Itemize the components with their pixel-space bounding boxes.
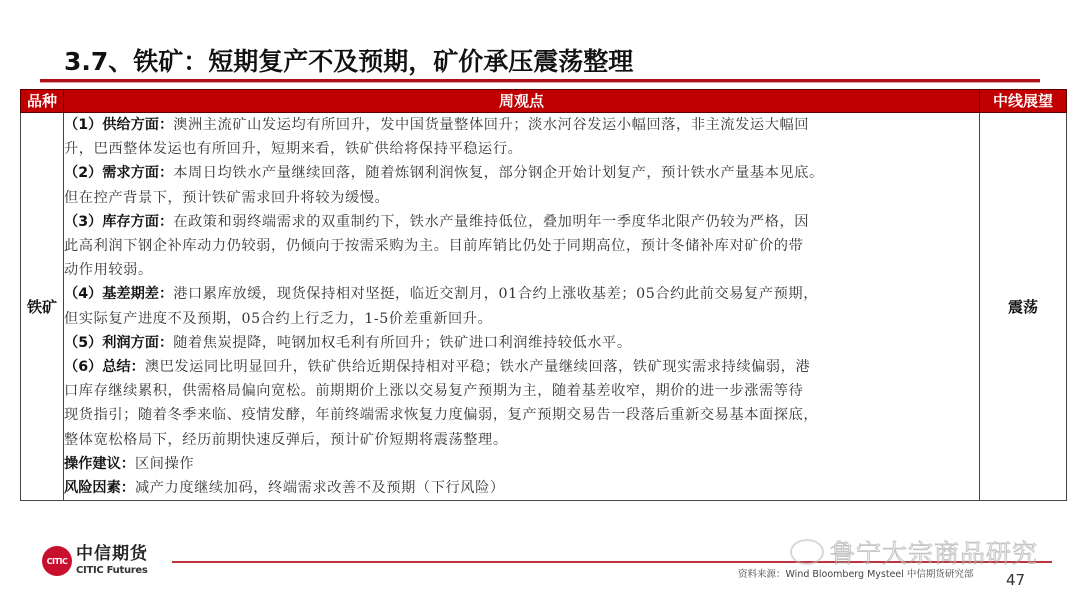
line-label: （3）库存方面：	[64, 214, 173, 230]
line-text: 澳洲主流矿山发运均有所回升，发中国货量整体回升；淡水河谷发运小幅回落，非主流发运…	[173, 117, 809, 133]
view-line-risk-factors: 风险因素：减产力度继续加码，终端需求改善不及预期（下行风险）	[64, 476, 979, 500]
view-line: 升，巴西整体发运也有所回升，短期来看，铁矿供给将保持平稳运行。	[64, 137, 979, 161]
line-text: 在政策和弱终端需求的双重制约下，铁水产量维持低位，叠加明年一季度华北限产仍较为严…	[173, 214, 809, 230]
view-line: 现货指引；随着冬季来临、疫情发酵，年前终端需求恢复力度偏弱，复产预期交易告一段落…	[64, 403, 979, 427]
line-text: 整体宽松格局下，经历前期快速反弹后，预计矿价短期将震荡整理。	[64, 432, 508, 448]
outlook-cell: 震荡	[980, 113, 1067, 501]
table-row: 铁矿 （1）供给方面：澳洲主流矿山发运均有所回升，发中国货量整体回升；淡水河谷发…	[21, 113, 1067, 501]
line-label: （5）利润方面：	[64, 335, 173, 351]
line-label: （2）需求方面：	[64, 165, 173, 181]
line-text: 澳巴发运同比明显回升，铁矿供给近期保持相对平稳；铁水产量继续回落，铁矿现实需求持…	[145, 359, 810, 375]
line-text: 口库存继续累积，供需格局偏向宽松。前期期价上涨以交易复产预期为主，随着基差收窄，…	[64, 383, 803, 399]
line-label: （4）基差期差：	[64, 286, 173, 302]
header-variety: 品种	[21, 90, 64, 113]
logo-cn-name: 中信期货	[76, 546, 148, 563]
citic-logo-icon: CITIC	[42, 546, 72, 576]
line-text: 本周日均铁水产量继续回落，随着炼钢利润恢复，部分钢企开始计划复产，预计铁水产量基…	[173, 165, 824, 181]
line-text: 港口累库放缓，现货保持相对坚挺，临近交割月，01合约上涨收基差；05合约此前交易…	[173, 286, 818, 302]
line-label: 风险因素：	[64, 480, 135, 496]
line-text: 现货指引；随着冬季来临、疫情发酵，年前终端需求恢复力度偏弱，复产预期交易告一段落…	[64, 407, 818, 423]
weekly-view-table: 品种 周观点 中线展望 铁矿 （1）供给方面：澳洲主流矿山发运均有所回升，发中国…	[20, 89, 1067, 501]
logo-text: 中信期货 CITIC Futures	[76, 546, 148, 576]
line-text: 随着焦炭提降，吨钢加权毛利有所回升；铁矿进口利润维持较低水平。	[173, 335, 631, 351]
view-line-supply: （1）供给方面：澳洲主流矿山发运均有所回升，发中国货量整体回升；淡水河谷发运小幅…	[64, 113, 979, 137]
citic-futures-logo: CITIC 中信期货 CITIC Futures	[42, 546, 148, 576]
view-line-operation-advice: 操作建议：区间操作	[64, 452, 979, 476]
weekly-view-cell: （1）供给方面：澳洲主流矿山发运均有所回升，发中国货量整体回升；淡水河谷发运小幅…	[64, 113, 980, 501]
page-number: 47	[1006, 571, 1025, 589]
table-header-row: 品种 周观点 中线展望	[21, 90, 1067, 113]
view-line: 但在控产背景下，预计铁矿需求回升将较为缓慢。	[64, 186, 979, 210]
line-text: 减产力度继续加码，终端需求改善不及预期（下行风险）	[135, 480, 505, 496]
line-text: 但在控产背景下，预计铁矿需求回升将较为缓慢。	[64, 190, 389, 206]
header-mid-term-outlook: 中线展望	[980, 90, 1067, 113]
view-line-basis-spread: （4）基差期差：港口累库放缓，现货保持相对坚挺，临近交割月，01合约上涨收基差；…	[64, 282, 979, 306]
line-text: 此高利润下钢企补库动力仍较弱，仍倾向于按需采购为主。目前库销比仍处于同期高位，预…	[64, 238, 803, 254]
view-line: 口库存继续累积，供需格局偏向宽松。前期期价上涨以交易复产预期为主，随着基差收窄，…	[64, 379, 979, 403]
line-text: 区间操作	[135, 456, 194, 472]
logo-en-name: CITIC Futures	[76, 566, 148, 576]
variety-cell: 铁矿	[21, 113, 64, 501]
line-label: （1）供给方面：	[64, 117, 173, 133]
title-underline	[40, 79, 1040, 82]
view-line-demand: （2）需求方面：本周日均铁水产量继续回落，随着炼钢利润恢复，部分钢企开始计划复产…	[64, 161, 979, 185]
line-label: 操作建议：	[64, 456, 135, 472]
view-line: 动作用较弱。	[64, 258, 979, 282]
watermark: 鲁宁大宗商品研究	[790, 534, 1038, 570]
view-line-summary: （6）总结：澳巴发运同比明显回升，铁矿供给近期保持相对平稳；铁水产量继续回落，铁…	[64, 355, 979, 379]
line-text: 升，巴西整体发运也有所回升，短期来看，铁矿供给将保持平稳运行。	[64, 141, 522, 157]
watermark-text: 鲁宁大宗商品研究	[830, 534, 1038, 570]
view-line: 但实际复产进度不及预期，05合约上行乏力，1-5价差重新回升。	[64, 307, 979, 331]
view-line: 整体宽松格局下，经历前期快速反弹后，预计矿价短期将震荡整理。	[64, 428, 979, 452]
line-text: 动作用较弱。	[64, 262, 153, 278]
view-line-inventory: （3）库存方面：在政策和弱终端需求的双重制约下，铁水产量维持低位，叠加明年一季度…	[64, 210, 979, 234]
wechat-icon	[790, 539, 824, 565]
line-label: （6）总结：	[64, 359, 145, 375]
view-line-profit: （5）利润方面：随着焦炭提降，吨钢加权毛利有所回升；铁矿进口利润维持较低水平。	[64, 331, 979, 355]
slide-title: 3.7、铁矿：短期复产不及预期，矿价承压震荡整理	[64, 42, 633, 78]
header-weekly-view: 周观点	[64, 90, 980, 113]
view-line: 此高利润下钢企补库动力仍较弱，仍倾向于按需采购为主。目前库销比仍处于同期高位，预…	[64, 234, 979, 258]
line-text: 但实际复产进度不及预期，05合约上行乏力，1-5价差重新回升。	[64, 311, 492, 327]
